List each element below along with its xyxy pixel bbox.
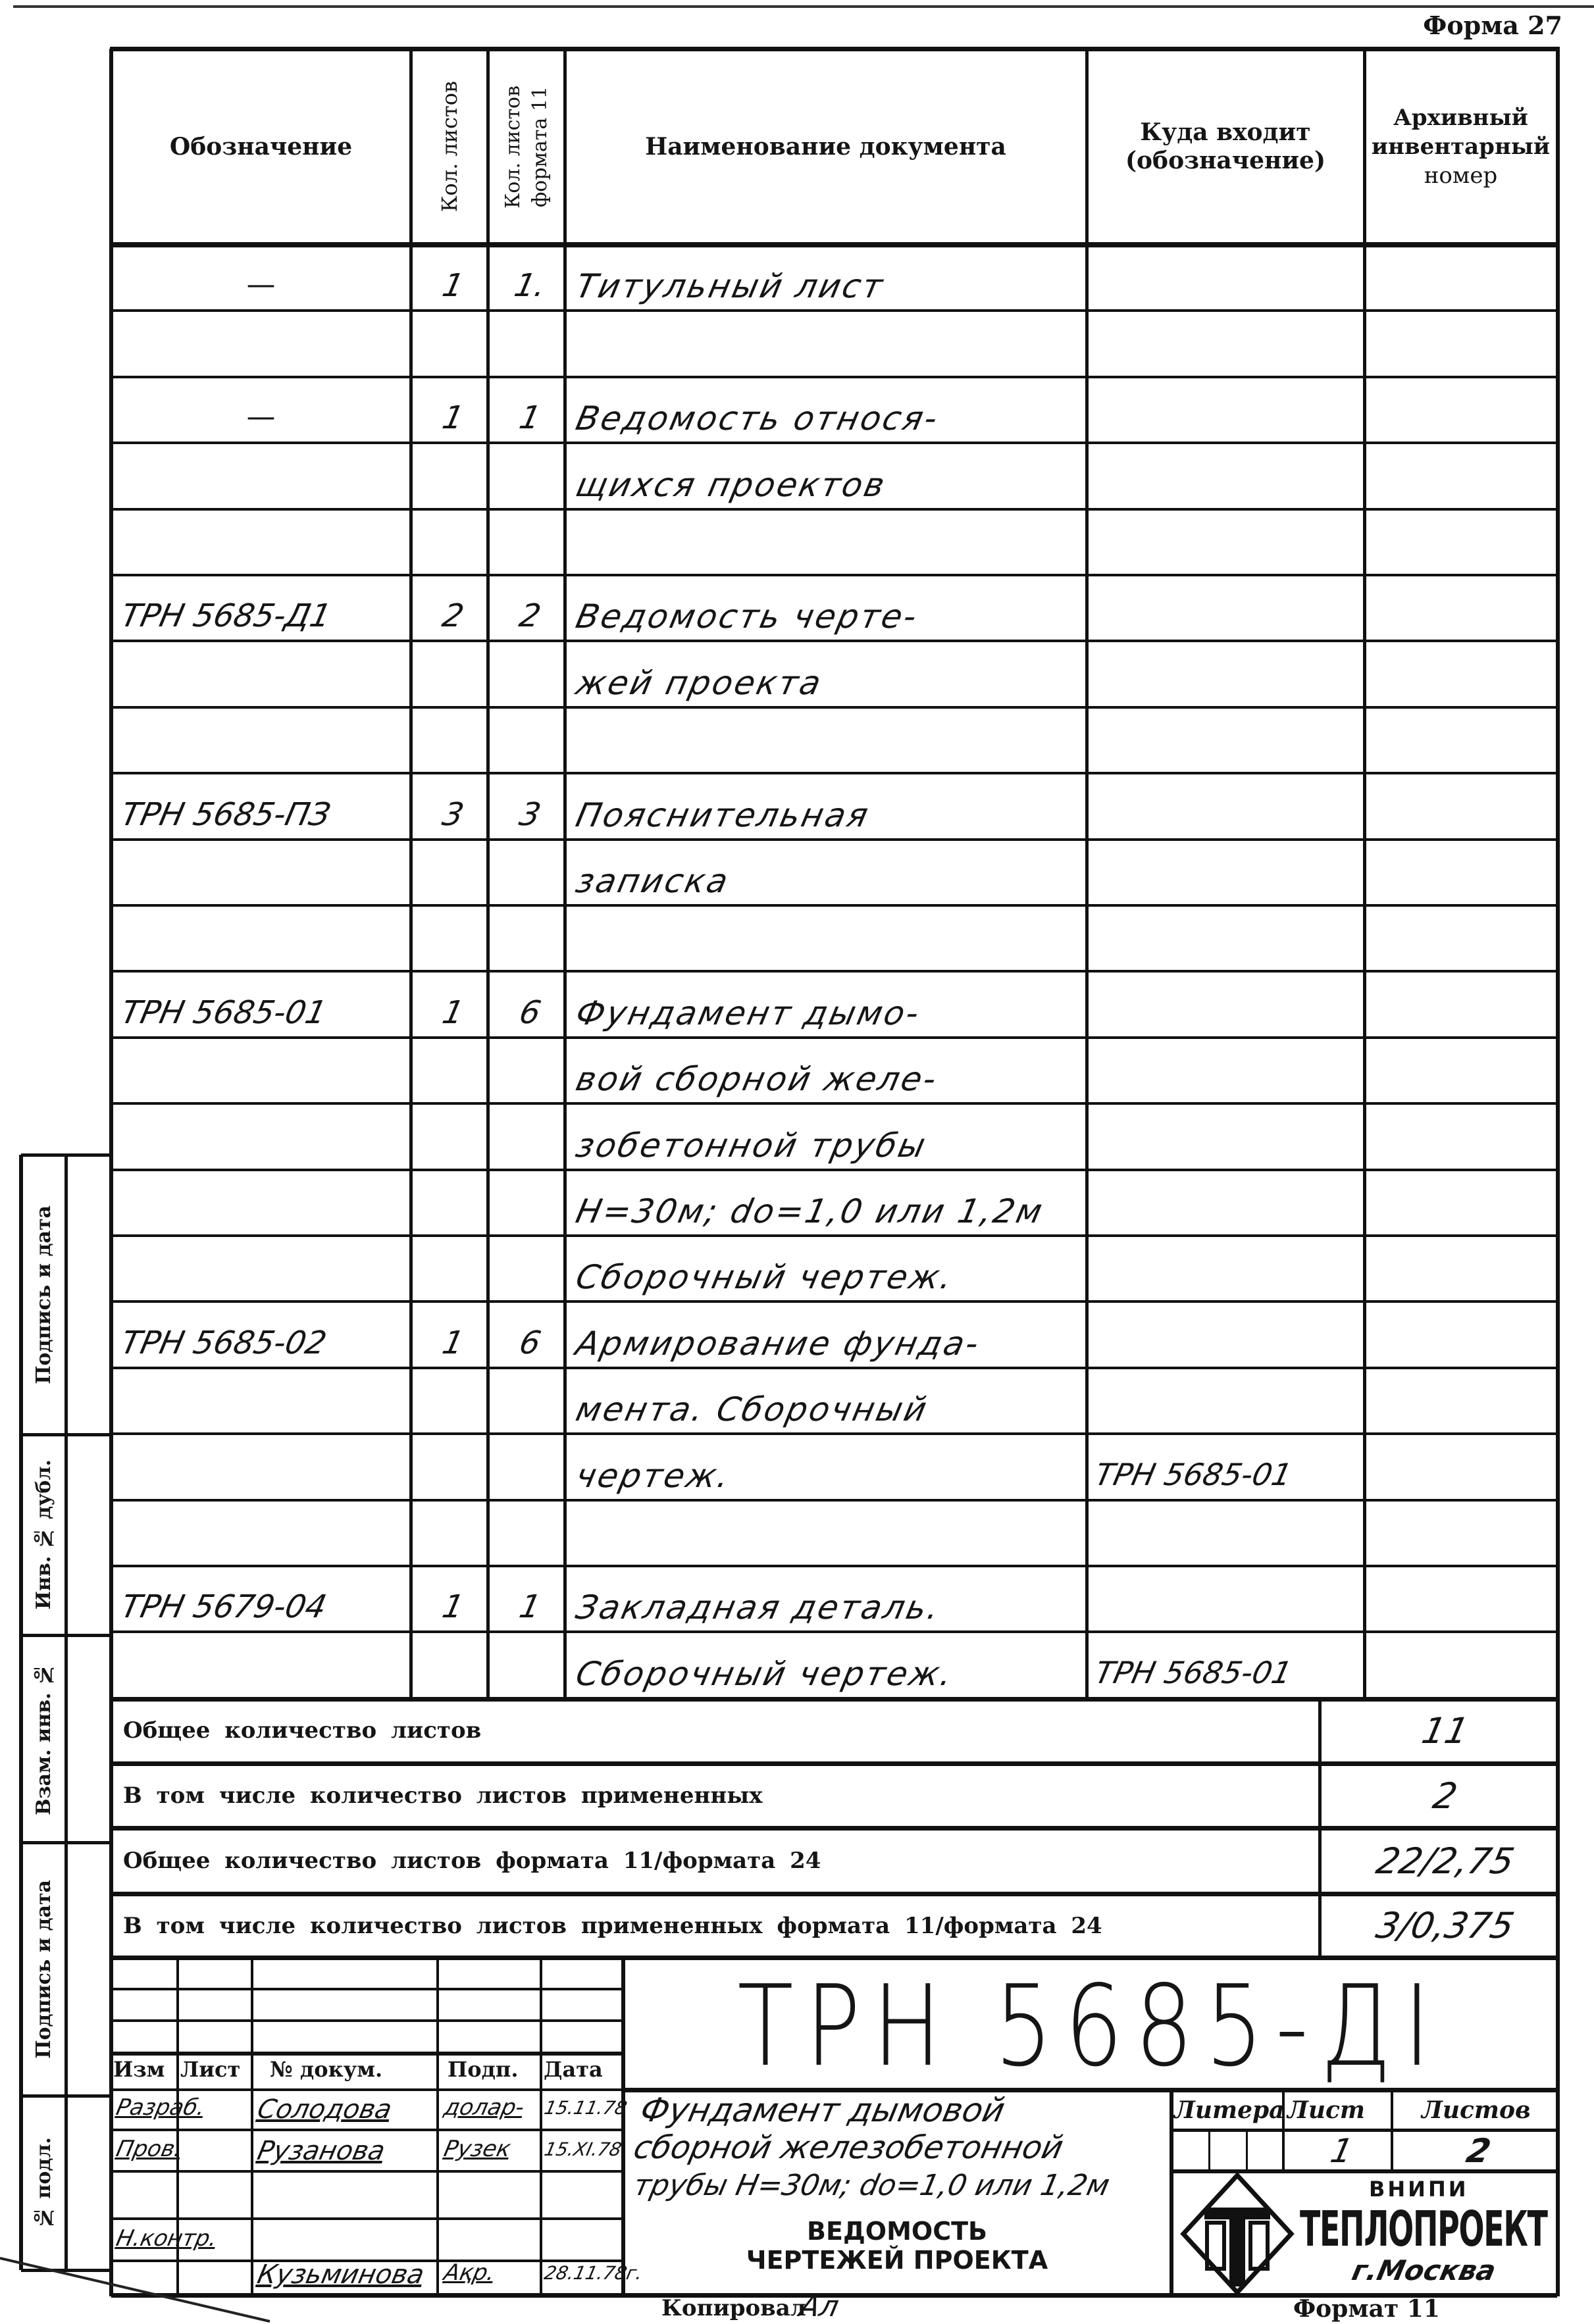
side-stamp-label: Инв. № дубл.	[32, 1459, 55, 1609]
totals-value: 11	[1320, 1698, 1571, 1763]
row-divider	[111, 904, 1557, 907]
signature-mark: Ақр.	[442, 2260, 498, 2286]
signature-column-divider	[436, 1958, 439, 2295]
row-divider	[111, 309, 1557, 312]
document-name-cell: Сборочный чертеж.	[573, 1655, 958, 1693]
org-name: ТЕПЛОПРОЕКТ	[1300, 2201, 1547, 2258]
signature-role: Н.контр.	[114, 2225, 220, 2252]
signature-role: Разраб.	[114, 2094, 207, 2121]
sheets-f11-cell: 6	[488, 994, 573, 1031]
row-divider	[111, 1565, 1557, 1567]
row-divider	[111, 442, 1557, 444]
row-divider	[111, 1367, 1557, 1369]
description-line1: Фундамент дымовой	[637, 2091, 1008, 2129]
sheets-f11-cell: 6	[488, 1325, 573, 1361]
column-divider	[1363, 49, 1366, 1698]
designation-cell: ТРН 5685-02	[118, 1325, 330, 1361]
header-sheet-count-text: Кол. листов	[437, 81, 462, 212]
sheets-f11-cell: 2	[488, 597, 573, 634]
header-archive-line3: номер	[1424, 161, 1497, 190]
row-divider	[111, 640, 1557, 642]
description-line2: сборной железобетонной	[630, 2129, 1067, 2166]
included-in-cell: ТРН 5685-01	[1092, 1655, 1295, 1690]
header-included-in-line1: Куда входит	[1140, 118, 1310, 147]
header-designation: Обозначение	[111, 49, 411, 245]
document-name-cell: вой сборной желе-	[573, 1060, 942, 1098]
row-divider	[111, 1234, 1557, 1237]
header-included-in-line2: (обозначение)	[1125, 147, 1325, 175]
signature-column-divider	[251, 1958, 253, 2295]
header-sheet-count-f11: Кол. листов формата 11	[488, 49, 565, 245]
scan-artifact-line	[0, 2250, 276, 2324]
signature-date: 15.XI.78	[542, 2138, 624, 2160]
document-name-cell: Закладная деталь.	[573, 1588, 944, 1627]
side-stamp-cell: № подл.	[21, 2096, 66, 2270]
totals-label: Общее количество листов формата 11/форма…	[123, 1828, 1312, 1894]
sheets-label: Листов	[1422, 2096, 1531, 2124]
document-name-cell: чертеж.	[573, 1457, 734, 1495]
totals-label: В том числе количество листов примененны…	[123, 1763, 1312, 1828]
sheet-number: 1	[1283, 2132, 1400, 2170]
row-divider	[111, 1036, 1557, 1039]
side-stamp-cell: Инв. № дубл.	[21, 1434, 66, 1635]
row-divider	[111, 1169, 1557, 1171]
row-divider	[111, 1102, 1557, 1105]
row-divider	[111, 772, 1557, 774]
copied-signature: Ал	[796, 2290, 842, 2323]
designation-cell: ТРН 5685-01	[118, 994, 330, 1031]
sheets-cell: 2	[411, 597, 496, 634]
header-archive-number: Архивный инвентарный номер	[1364, 49, 1557, 245]
designation-cell: ТРН 5685-Д1	[118, 597, 334, 634]
side-stamp-label: Взам. инв. №	[32, 1663, 55, 1815]
signature-row-divider	[111, 2170, 623, 2173]
side-stamp-label: Подпись и дата	[32, 1205, 55, 1384]
sheet-title: ВЕДОМОСТЬ ЧЕРТЕЖЕЙ ПРОЕКТА	[623, 2217, 1171, 2275]
row-divider	[111, 1432, 1557, 1435]
signature-row-divider	[111, 2019, 623, 2022]
totals-value: 2	[1320, 1763, 1571, 1828]
signature-row-divider	[111, 1988, 623, 1990]
sheets-cell: 1	[411, 1325, 496, 1361]
sheet-title-line2: ЧЕРТЕЖЕЙ ПРОЕКТА	[746, 2246, 1048, 2275]
sheet-title-line1: ВЕДОМОСТЬ	[807, 2217, 987, 2246]
signature-date: 15.11.78	[542, 2097, 629, 2119]
signature-row-divider	[111, 2217, 623, 2220]
document-name-cell: Армирование фунда-	[573, 1325, 984, 1363]
description-line3: трубы Н=30м; dо=1,0 или 1,2м	[630, 2169, 1112, 2202]
header-sheet-count: Кол. листов	[411, 49, 488, 245]
sheets-total: 2	[1392, 2132, 1565, 2170]
document-name-cell: Фундамент дымо-	[573, 994, 924, 1032]
header-archive-line2: инвентарный	[1372, 132, 1550, 161]
totals-label: В том числе количество листов примененны…	[123, 1894, 1312, 1958]
form-label: Форма 27	[1423, 11, 1562, 40]
side-stamp-cell: Взам. инв. №	[21, 1635, 66, 1842]
signature-row-divider	[111, 2088, 623, 2091]
signature-name: Рузанова	[255, 2136, 388, 2166]
side-stamp-label: Подпись и дата	[32, 1880, 55, 2059]
document-name-cell: жей проекта	[573, 664, 826, 702]
sheets-f11-cell: 3	[488, 796, 573, 833]
row-divider	[111, 1630, 1557, 1633]
designation-cell: ТРН 5679-04	[118, 1588, 330, 1625]
scan-top-edge	[13, 5, 1594, 8]
org-city: г.Москва	[1349, 2254, 1499, 2286]
sheets-f11-cell: 1	[488, 1588, 573, 1625]
sheets-cell: 1	[411, 399, 496, 436]
signature-mark: Рузек	[442, 2136, 513, 2162]
header-included-in: Куда входит (обозначение)	[1087, 49, 1364, 245]
sig-header-list: Лист	[180, 2057, 240, 2082]
format-label: Формат 11	[1293, 2295, 1440, 2323]
signature-name: Солодова	[255, 2094, 394, 2125]
row-divider	[111, 574, 1557, 576]
sig-header-sign: Подп.	[448, 2057, 518, 2082]
sheets-cell: 1	[411, 994, 496, 1031]
totals-value: 22/2,75	[1320, 1828, 1571, 1894]
designation-cell: ТРН 5685-ПЗ	[118, 796, 334, 833]
document-name-cell: мента. Сборочный	[573, 1390, 932, 1428]
totals-label: Общее количество листов	[123, 1698, 1312, 1763]
sheet-label: Лист	[1287, 2096, 1365, 2124]
org-prefix: ВНИПИ	[1369, 2177, 1469, 2202]
document-name-cell: зобетонной трубы	[573, 1126, 931, 1165]
row-divider	[111, 1499, 1557, 1502]
sig-header-docno: № докум.	[270, 2057, 382, 2082]
signature-column-divider	[540, 1958, 542, 2295]
drawing-code: ТРН 5685-ДI	[707, 1967, 1473, 2086]
document-name-cell: Ведомость относя-	[573, 399, 942, 438]
litera-subcell-divider	[1246, 2130, 1248, 2171]
designation-dash: —	[111, 265, 411, 304]
row-divider	[111, 376, 1557, 378]
signature-row-divider	[111, 2052, 623, 2056]
totals-value: 3/0,375	[1320, 1894, 1571, 1958]
side-stamp-cell: Подпись и дата	[21, 1155, 66, 1434]
row-divider	[111, 508, 1557, 511]
side-stamp-label: № подл.	[32, 2137, 55, 2229]
row-divider	[111, 970, 1557, 973]
document-name-cell: Н=30м; dо=1,0 или 1,2м	[573, 1192, 1048, 1230]
document-name-cell: щихся проектов	[573, 466, 890, 504]
litera-label: Литера	[1174, 2096, 1285, 2124]
signature-name: Кузьминова	[255, 2260, 427, 2290]
document-name-cell: Ведомость черте-	[573, 597, 922, 636]
header-archive-line1: Архивный	[1393, 103, 1528, 132]
header-document-name: Наименование документа	[565, 49, 1087, 245]
signature-mark: долар-	[442, 2094, 527, 2121]
document-name-cell: записка	[573, 862, 733, 900]
sheets-cell: 1	[411, 267, 496, 304]
included-in-cell: ТРН 5685-01	[1092, 1457, 1295, 1492]
document-name-cell: Пояснительная	[573, 796, 873, 834]
column-divider	[1085, 49, 1089, 1698]
sheets-cell: 3	[411, 796, 496, 833]
header-sheet-count-f11-line1: Кол. листов	[501, 86, 525, 209]
designation-dash: —	[111, 397, 411, 436]
sig-header-date: Дата	[544, 2057, 603, 2082]
copied-label: Копировал	[661, 2295, 806, 2321]
sig-header-izm: Изм	[113, 2057, 165, 2082]
document-name-cell: Титульный лист	[573, 267, 888, 305]
sheets-cell: 1	[411, 1588, 496, 1625]
row-divider	[111, 706, 1557, 709]
document-name-cell: Сборочный чертеж.	[573, 1258, 958, 1296]
row-divider	[111, 1300, 1557, 1303]
signature-row-divider	[111, 2129, 623, 2131]
signature-role: Пров.	[114, 2136, 184, 2162]
sheets-f11-cell: 1.	[488, 267, 573, 304]
header-sheet-count-f11-line2: формата 11	[528, 86, 552, 207]
row-divider	[111, 838, 1557, 841]
side-stamp-cell: Подпись и дата	[21, 1842, 66, 2096]
litera-subcell-divider	[1208, 2130, 1210, 2171]
sheets-f11-cell: 1	[488, 399, 573, 436]
teploproekt-logo-icon	[1178, 2171, 1297, 2296]
